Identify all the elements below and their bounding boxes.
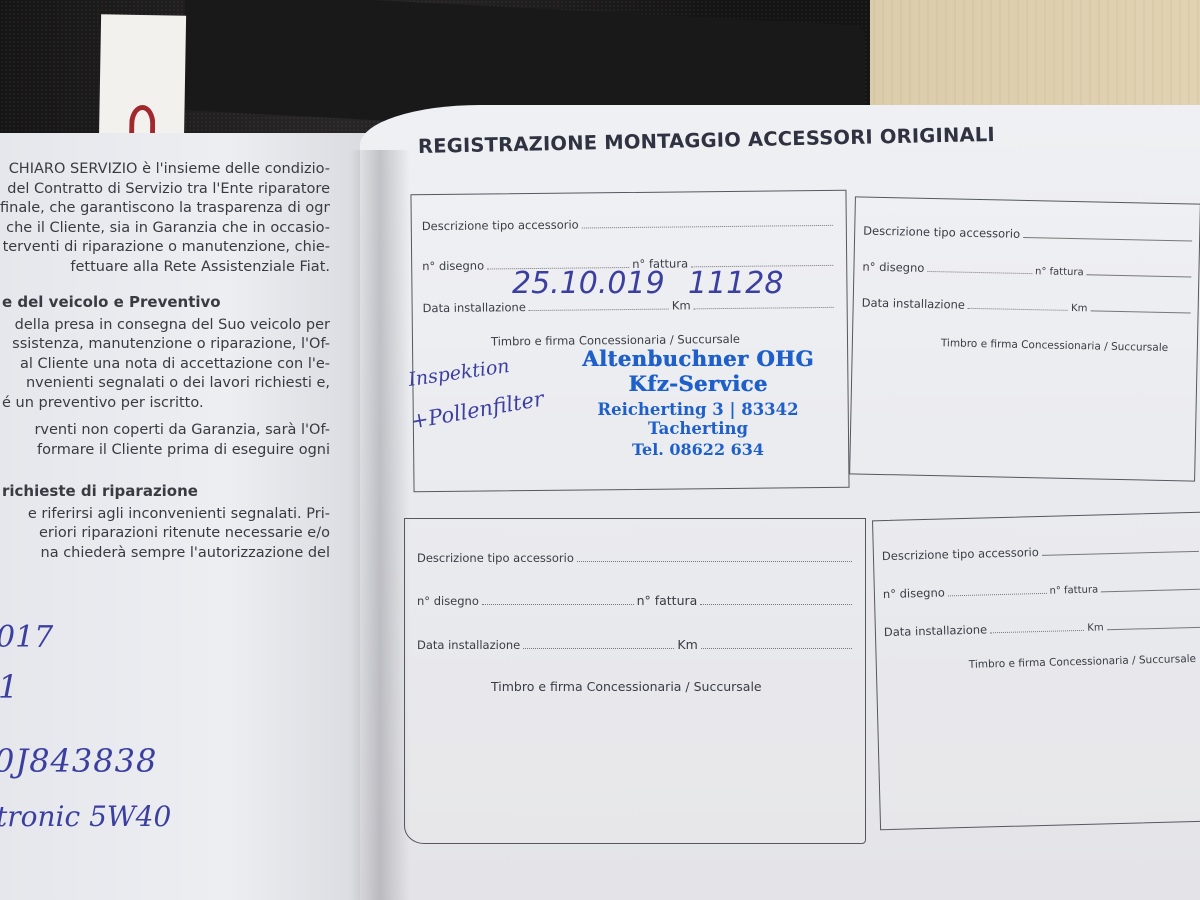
drawing-number-field[interactable] <box>482 604 634 605</box>
handwritten-install-date: 25.10.019 <box>512 266 665 301</box>
stamp-company-name: Altenbuchner OHG <box>548 346 848 371</box>
preventivo-paragraph: della presa in consegna del Suo veicolo … <box>0 316 330 414</box>
left-page-text: CHIARO SERVIZIO è l'insieme delle condiz… <box>0 160 330 571</box>
km-field[interactable] <box>1090 310 1190 313</box>
drawing-number-field[interactable] <box>948 593 1047 597</box>
handwritten-km: 11128 <box>688 266 783 301</box>
accessory-form-2: Descrizione tipo accessorio n° disegno n… <box>849 196 1200 481</box>
km-field[interactable] <box>701 648 852 649</box>
accessory-form-4: Descrizione tipo accessorio n° disegno n… <box>872 512 1200 831</box>
handwritten-number: 0J843838 <box>0 742 157 780</box>
stamp-service-name: Kfz-Service <box>548 371 848 396</box>
invoice-number-label: n° fattura <box>1049 584 1098 596</box>
stamp-caption: Timbro e firma Concessionaria / Succursa… <box>969 653 1197 671</box>
install-date-label: Data installazione <box>417 638 520 652</box>
stamp-address: Reicherting 3 | 83342 Tacherting <box>548 400 848 438</box>
km-label: Km <box>677 637 697 652</box>
invoice-number-field[interactable] <box>1087 274 1192 277</box>
garanzia-paragraph: rventi non coperti da Garanzia, sarà l'O… <box>0 421 330 460</box>
description-field[interactable]: Descrizione tipo accessorio <box>882 541 1200 563</box>
dealer-stamp: Altenbuchner OHG Kfz-Service Reicherting… <box>548 346 848 459</box>
drawing-number-label: n° disegno <box>417 594 479 608</box>
description-field[interactable]: Descrizione tipo accessorio <box>422 215 836 233</box>
stamp-caption: Timbro e firma Concessionaria / Succursa… <box>491 679 762 694</box>
book-spine <box>350 150 410 900</box>
km-label: Km <box>1087 622 1104 633</box>
km-field[interactable] <box>694 307 834 309</box>
description-field[interactable]: Descrizione tipo accessorio <box>417 551 855 565</box>
section-heading-preventivo: e del veicolo e Preventivo <box>0 293 330 313</box>
install-date-label: Data installazione <box>423 300 526 315</box>
handwritten-mark: 1 <box>0 668 18 706</box>
install-date-field[interactable] <box>523 648 674 649</box>
section-heading-riparazione: richieste di riparazione <box>0 482 330 502</box>
invoice-number-field[interactable] <box>1101 589 1200 593</box>
drawing-number-label: n° disegno <box>862 260 924 275</box>
km-label: Km <box>1071 303 1088 314</box>
handwritten-oil-spec: tronic 5W40 <box>0 800 171 833</box>
riparazione-paragraph: e riferirsi agli inconvenienti segnalati… <box>0 505 330 564</box>
bookmark-tab <box>99 14 186 145</box>
handwritten-year: 017 <box>0 620 53 655</box>
intro-paragraph: CHIARO SERVIZIO è l'insieme delle condiz… <box>0 160 330 277</box>
install-date-field[interactable] <box>529 309 669 311</box>
stamp-phone: Tel. 08622 634 <box>548 440 848 459</box>
drawing-number-label: n° disegno <box>422 259 484 274</box>
install-date-field[interactable] <box>990 630 1084 633</box>
install-date-field[interactable] <box>968 308 1068 311</box>
drawing-number-label: n° disegno <box>883 585 945 601</box>
invoice-number-field[interactable] <box>700 604 852 605</box>
install-date-label: Data installazione <box>862 296 965 312</box>
accessory-form-3: Descrizione tipo accessorio n° disegno n… <box>404 518 866 844</box>
invoice-number-label: n° fattura <box>637 593 698 608</box>
stamp-caption: Timbro e firma Concessionaria / Succursa… <box>941 337 1169 354</box>
install-date-label: Data installazione <box>884 622 988 639</box>
invoice-number-label: n° fattura <box>1035 266 1084 278</box>
drawing-number-field[interactable] <box>927 271 1032 274</box>
km-field[interactable] <box>1107 627 1200 630</box>
description-field[interactable]: Descrizione tipo accessorio <box>863 224 1195 245</box>
